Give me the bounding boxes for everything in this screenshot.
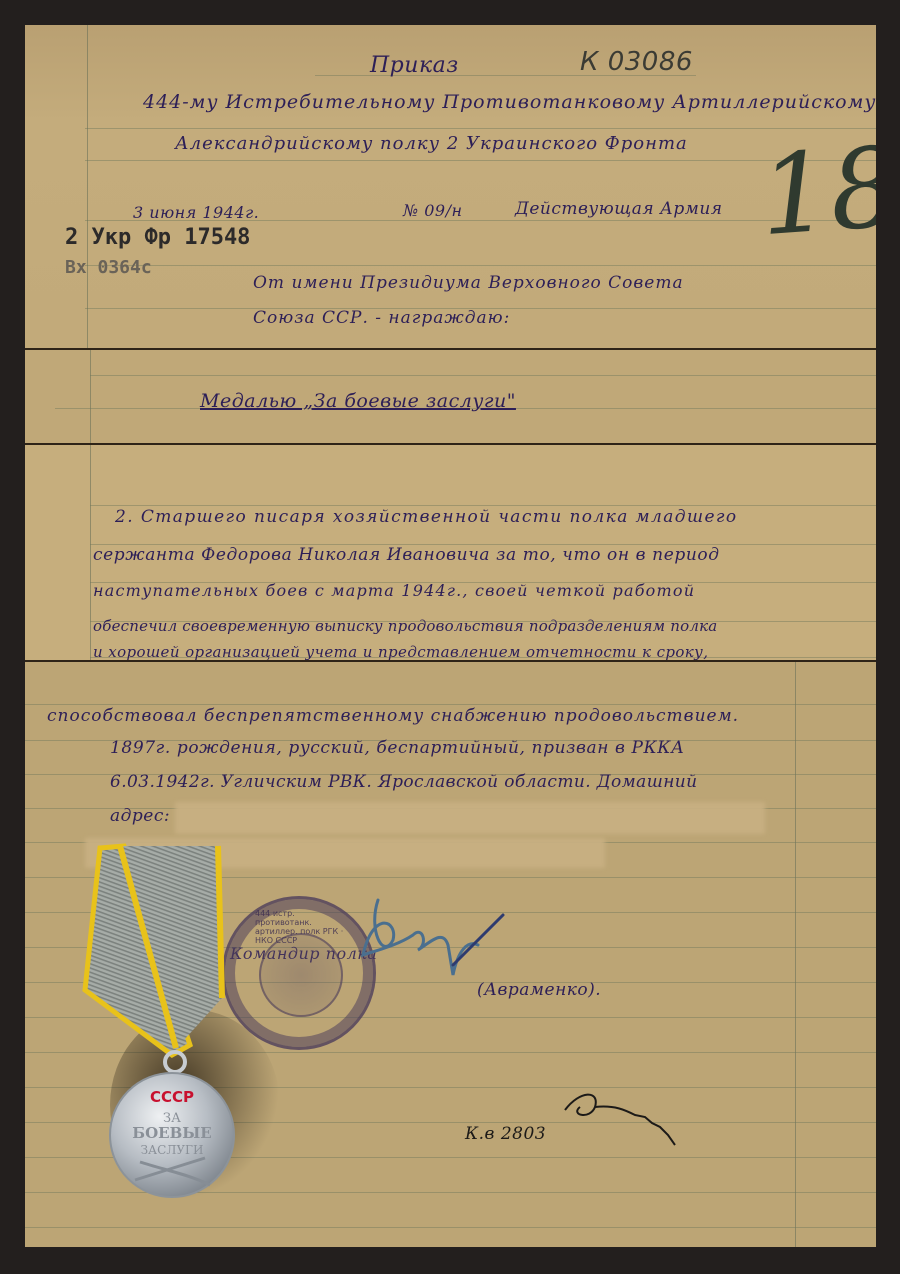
order-number: № 09/н	[403, 201, 463, 220]
archive-number: К 03086	[580, 47, 693, 77]
footer-registry-note: К.в 2803	[465, 1124, 546, 1144]
registry-stamp-line1: 2 Укр Фр 17548	[65, 225, 250, 250]
redacted-address-1	[175, 802, 765, 834]
unit-line-1: 444-му Истребительному Противотанковому …	[143, 91, 876, 113]
medal-line2: БОЕВЫЕ	[132, 1124, 211, 1142]
preamble-line-2: Союза ССР. - награждаю:	[253, 308, 510, 328]
order-date: 3 июня 1944г.	[133, 203, 259, 222]
medal-line3: ЗАСЛУГИ	[141, 1143, 204, 1157]
citation-section: 2. Старшего писаря хозяйственной части п…	[25, 445, 876, 660]
medal-for-battle-merit: СССР ЗА БОЕВЫЕ ЗАСЛУГИ	[80, 840, 280, 1200]
citation-line-6: способствовал беспрепятственному снабжен…	[47, 706, 739, 726]
bio-line-2: 6.03.1942г. Угличским РВК. Ярославской о…	[110, 772, 698, 792]
commander-signature	[358, 890, 518, 1000]
unit-line-2: Александрийскому полку 2 Украинского Фро…	[175, 133, 688, 154]
bio-line-1: 1897г. рождения, русский, беспартийный, …	[110, 738, 685, 758]
citation-line-4: обеспечил своевременную выписку продовол…	[93, 617, 717, 635]
bio-line-3: адрес:	[110, 806, 170, 826]
medal-ussr-text: СССР	[150, 1088, 194, 1106]
header-section: Приказ К 03086 444-му Истребительному Пр…	[25, 25, 876, 349]
flourish-scribble	[560, 1085, 690, 1155]
citation-line-2: сержанта Федорова Николая Ивановича за т…	[93, 545, 720, 565]
army-location: Действующая Армия	[515, 199, 723, 219]
citation-line-3: наступательных боев с марта 1944г., свое…	[93, 581, 695, 600]
citation-line-5: и хорошей организацией учета и представл…	[93, 643, 708, 661]
registry-stamp-line2: Вх 0364с	[65, 257, 152, 278]
award-section: Медалью „За боевые заслуги"	[25, 350, 876, 443]
order-title: Приказ	[370, 53, 459, 78]
margin-number: 186	[756, 118, 876, 260]
preamble-line-1: От имени Президиума Верховного Совета	[253, 273, 684, 293]
citation-line-1: 2. Старшего писаря хозяйственной части п…	[115, 507, 738, 527]
award-name: Медалью „За боевые заслуги"	[200, 390, 516, 412]
